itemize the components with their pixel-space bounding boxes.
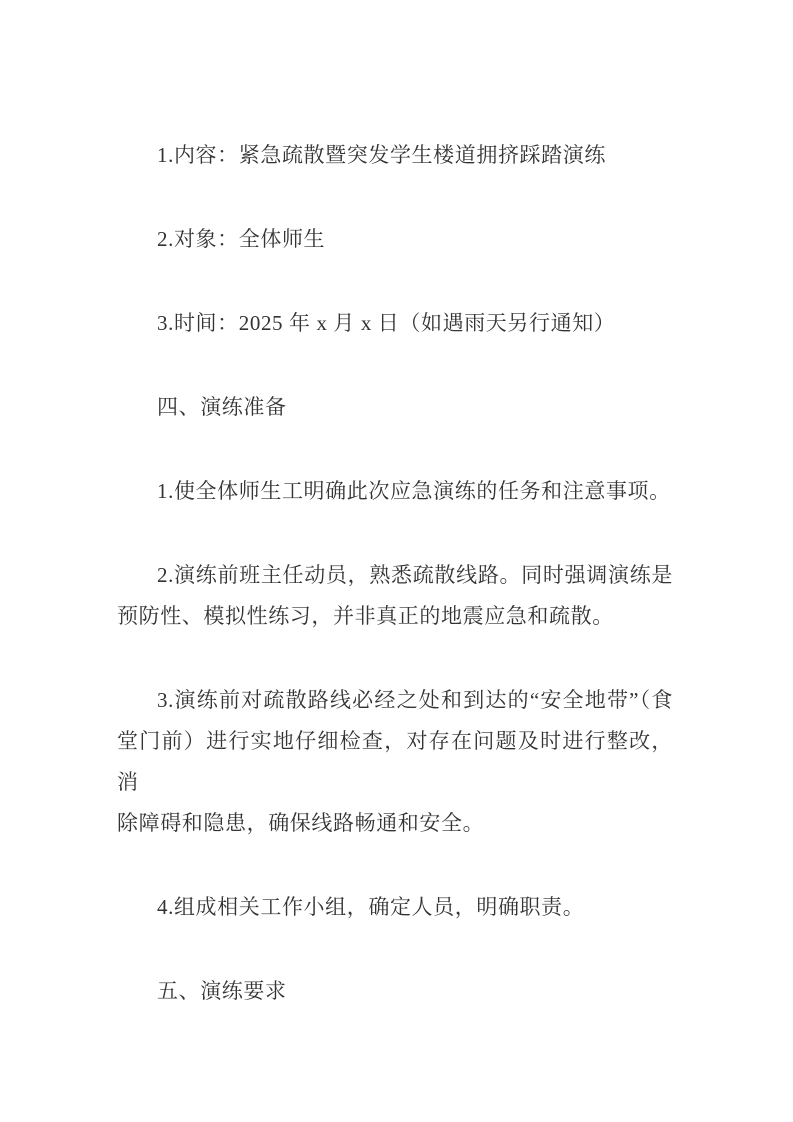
prep-item-2: 2.演练前班主任动员，熟悉疏散线路。同时强调演练是预防性、模拟性练习，并非真正的… (117, 555, 673, 637)
item-1-content: 1.内容：紧急疏散暨突发学生楼道拥挤踩踏演练 (117, 135, 673, 176)
text-line: 五、演练要求 (117, 971, 673, 1012)
text-line: 3.演练前对疏散路线必经之处和到达的“安全地带”（食 (117, 680, 673, 721)
item-2-audience: 2.对象：全体师生 (117, 219, 673, 260)
section-heading-4: 四、演练准备 (117, 387, 673, 428)
item-3-time: 3.时间：2025 年 x 月 x 日（如遇雨天另行通知） (117, 303, 673, 344)
text-line: 4.组成相关工作小组，确定人员，明确职责。 (117, 887, 673, 928)
text-line: 预防性、模拟性练习，并非真正的地震应急和疏散。 (117, 596, 673, 637)
text-line: 1.使全体师生工明确此次应急演练的任务和注意事项。 (117, 471, 673, 512)
document-content: 1.内容：紧急疏散暨突发学生楼道拥挤踩踏演练2.对象：全体师生3.时间：2025… (117, 135, 673, 1012)
text-line: 2.对象：全体师生 (117, 219, 673, 260)
text-line: 堂门前）进行实地仔细检查，对存在问题及时进行整改，消 (117, 721, 673, 803)
document-page: 1.内容：紧急疏散暨突发学生楼道拥挤踩踏演练2.对象：全体师生3.时间：2025… (0, 0, 793, 1122)
prep-item-4: 4.组成相关工作小组，确定人员，明确职责。 (117, 887, 673, 928)
text-line: 1.内容：紧急疏散暨突发学生楼道拥挤踩踏演练 (117, 135, 673, 176)
section-heading-5: 五、演练要求 (117, 971, 673, 1012)
text-line: 四、演练准备 (117, 387, 673, 428)
text-line: 2.演练前班主任动员，熟悉疏散线路。同时强调演练是 (117, 555, 673, 596)
text-line: 除障碍和隐患，确保线路畅通和安全。 (117, 803, 673, 844)
text-line: 3.时间：2025 年 x 月 x 日（如遇雨天另行通知） (117, 303, 673, 344)
prep-item-3: 3.演练前对疏散路线必经之处和到达的“安全地带”（食堂门前）进行实地仔细检查，对… (117, 680, 673, 844)
prep-item-1: 1.使全体师生工明确此次应急演练的任务和注意事项。 (117, 471, 673, 512)
